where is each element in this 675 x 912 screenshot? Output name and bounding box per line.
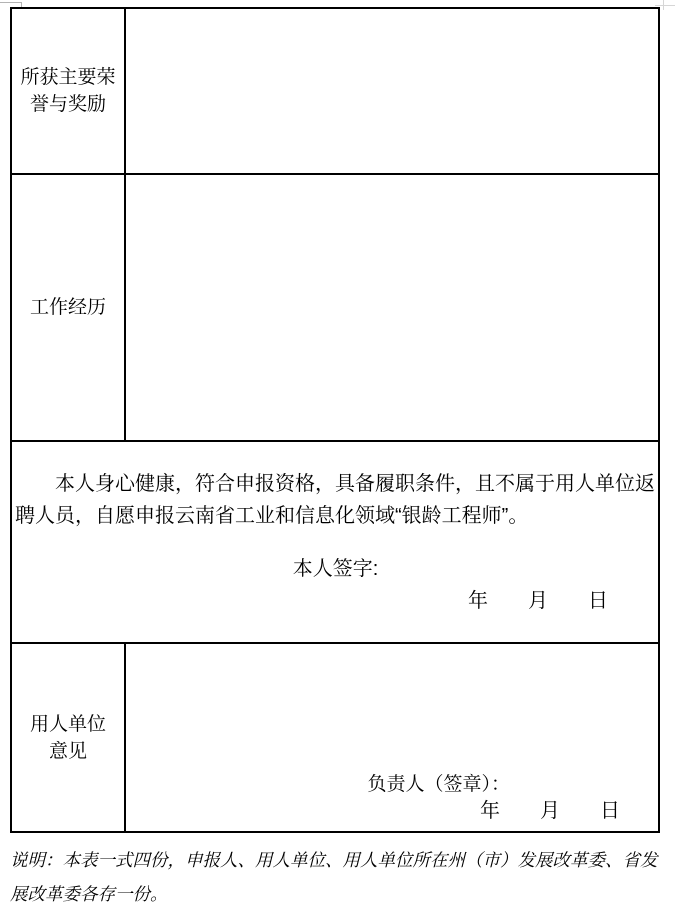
- declaration-date-line[interactable]: 年 月 日: [15, 586, 656, 616]
- table-handle-artifact: [663, 0, 664, 10]
- honors-label: 所获主要荣 誉与奖励: [20, 64, 115, 118]
- employer-opinion-label-cell: 用人单位 意见: [12, 644, 126, 831]
- signature-label[interactable]: 本人签字:: [15, 554, 656, 584]
- table-row-work-experience: 工作经历: [12, 173, 658, 440]
- table-row-honors: 所获主要荣 誉与奖励: [12, 9, 658, 173]
- table-handle-artifact: [655, 5, 675, 6]
- application-form-table: 所获主要荣 誉与奖励 工作经历 本人身心健康，符合申报资格，具备履职条件，且不属…: [10, 7, 660, 833]
- work-experience-label-cell: 工作经历: [12, 175, 126, 440]
- employer-date-line[interactable]: 年 月 日: [480, 799, 620, 823]
- honors-label-cell: 所获主要荣 誉与奖励: [12, 9, 126, 173]
- declaration-text: 本人身心健康，符合申报资格，具备履职条件，且不属于用人单位返聘人员，自愿申报云南…: [15, 468, 656, 532]
- honors-input-cell[interactable]: [126, 9, 658, 173]
- responsible-person-seal-label[interactable]: 负责人（签章）：: [367, 773, 510, 797]
- table-row-declaration: 本人身心健康，符合申报资格，具备履职条件，且不属于用人单位返聘人员，自愿申报云南…: [12, 440, 658, 642]
- application-form-page: 所获主要荣 誉与奖励 工作经历 本人身心健康，符合申报资格，具备履职条件，且不属…: [0, 0, 675, 912]
- work-experience-input-cell[interactable]: [126, 175, 658, 440]
- employer-opinion-input-cell[interactable]: 负责人（签章）： 年 月 日: [126, 644, 658, 831]
- employer-opinion-label: 用人单位 意见: [30, 711, 106, 765]
- footnote: 说明：本表一式四份，申报人、用人单位、用人单位所在州（市）发展改革委、省发展改革…: [10, 843, 668, 911]
- work-experience-label: 工作经历: [30, 294, 106, 321]
- table-row-employer-opinion: 用人单位 意见 负责人（签章）： 年 月 日: [12, 642, 658, 831]
